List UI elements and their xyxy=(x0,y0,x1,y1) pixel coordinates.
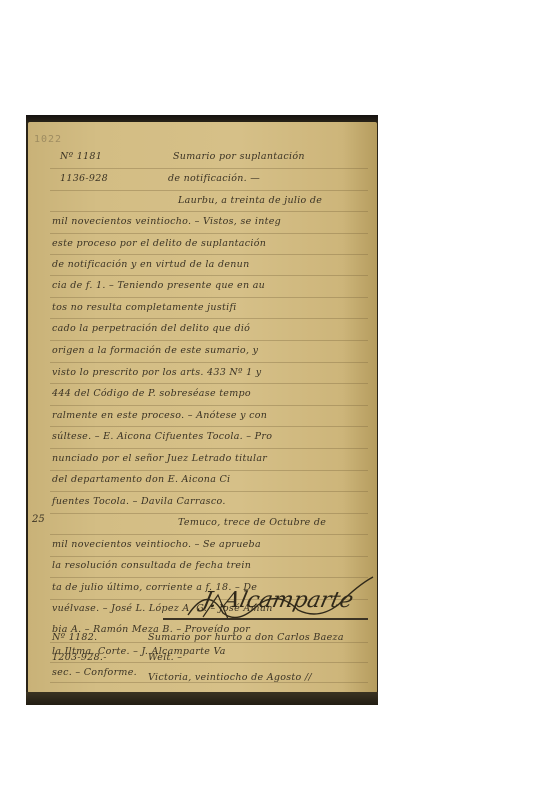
ruled-line xyxy=(50,662,368,663)
body-line: mil novecientos veintiocho. – Vistos, se… xyxy=(52,216,281,227)
body-line: súltese. – E. Aicona Cifuentes Tocola. –… xyxy=(52,431,272,442)
body-line: 444 del Código de P. sobreséase tempo xyxy=(52,388,251,399)
body-line: visto lo prescrito por los arts. 433 Nº … xyxy=(52,367,261,378)
ruled-line xyxy=(50,513,368,514)
ruled-line xyxy=(50,362,368,363)
ruled-line xyxy=(50,275,368,276)
body-line: fuentes Tocola. – Davila Carrasco. xyxy=(52,496,226,507)
body-line: la resolución consultada de fecha trein xyxy=(52,560,251,571)
ruled-line xyxy=(50,599,368,600)
entry-file-ref: 1136-928 xyxy=(60,173,108,184)
ruled-line xyxy=(50,470,368,471)
ruled-line xyxy=(50,491,368,492)
scanned-page-frame: 1022 Nº 1181 1136-928 Sumario por suplan… xyxy=(26,115,378,705)
ruled-line xyxy=(50,254,368,255)
scan-bottom-shadow xyxy=(26,692,378,705)
ruled-line xyxy=(50,211,368,212)
body-line: sec. – Conforme. xyxy=(52,667,137,678)
body-line: origen a la formación de este sumario, y xyxy=(52,345,258,356)
body-line: tos no resulta completamente justifi xyxy=(52,302,237,313)
body-line: cia de f. 1. – Teniendo presente que en … xyxy=(52,280,265,291)
body-line: del departamento don E. Aicona Ci xyxy=(52,474,230,485)
ruled-line xyxy=(50,318,368,319)
body-line: la Iltma. Corte. – J. Alcamparte Va xyxy=(52,646,226,657)
body-line: vuélvase. – José L. López A. G. – José A… xyxy=(52,603,273,614)
ruled-line xyxy=(50,448,368,449)
body-line: Temuco, trece de Octubre de xyxy=(178,517,326,528)
entry-heading: de notificación. — xyxy=(168,173,260,184)
entry-number: Nº 1181 xyxy=(60,151,102,162)
page-stamp: 1022 xyxy=(34,134,62,145)
ruled-line xyxy=(50,405,368,406)
body-line: este proceso por el delito de suplantaci… xyxy=(52,238,266,249)
body-line: nunciado por el señor Juez Letrado titul… xyxy=(52,453,267,464)
ruled-line xyxy=(50,168,368,169)
ruled-line xyxy=(50,297,368,298)
body-line: ralmente en este proceso. – Anótese y co… xyxy=(52,410,267,421)
ruled-line xyxy=(50,190,368,191)
body-line: bia A. – Ramón Meza B. – Proveído por xyxy=(52,624,250,635)
ruled-line xyxy=(50,340,368,341)
ruled-line xyxy=(50,642,368,643)
ledger-page: 1022 Nº 1181 1136-928 Sumario por suplan… xyxy=(28,122,377,693)
ruled-line xyxy=(50,556,368,557)
ruled-line xyxy=(50,534,368,535)
body-line: cado la perpetración del delito que dió xyxy=(52,323,250,334)
ruled-line xyxy=(50,426,368,427)
body-line: ta de julio último, corriente a f. 18. –… xyxy=(52,582,257,593)
ruled-line xyxy=(50,577,368,578)
body-line: mil novecientos veintiocho. – Se aprueba xyxy=(52,539,261,550)
ruled-line xyxy=(50,682,368,683)
body-line: de notificación y en virtud de la denun xyxy=(52,259,250,270)
margin-note: 25 xyxy=(32,514,45,525)
body-line: Laurbu, a treinta de julio de xyxy=(178,195,322,206)
entry-heading: Sumario por suplantación xyxy=(173,151,305,162)
ruled-line xyxy=(50,383,368,384)
ruled-line xyxy=(50,233,368,234)
